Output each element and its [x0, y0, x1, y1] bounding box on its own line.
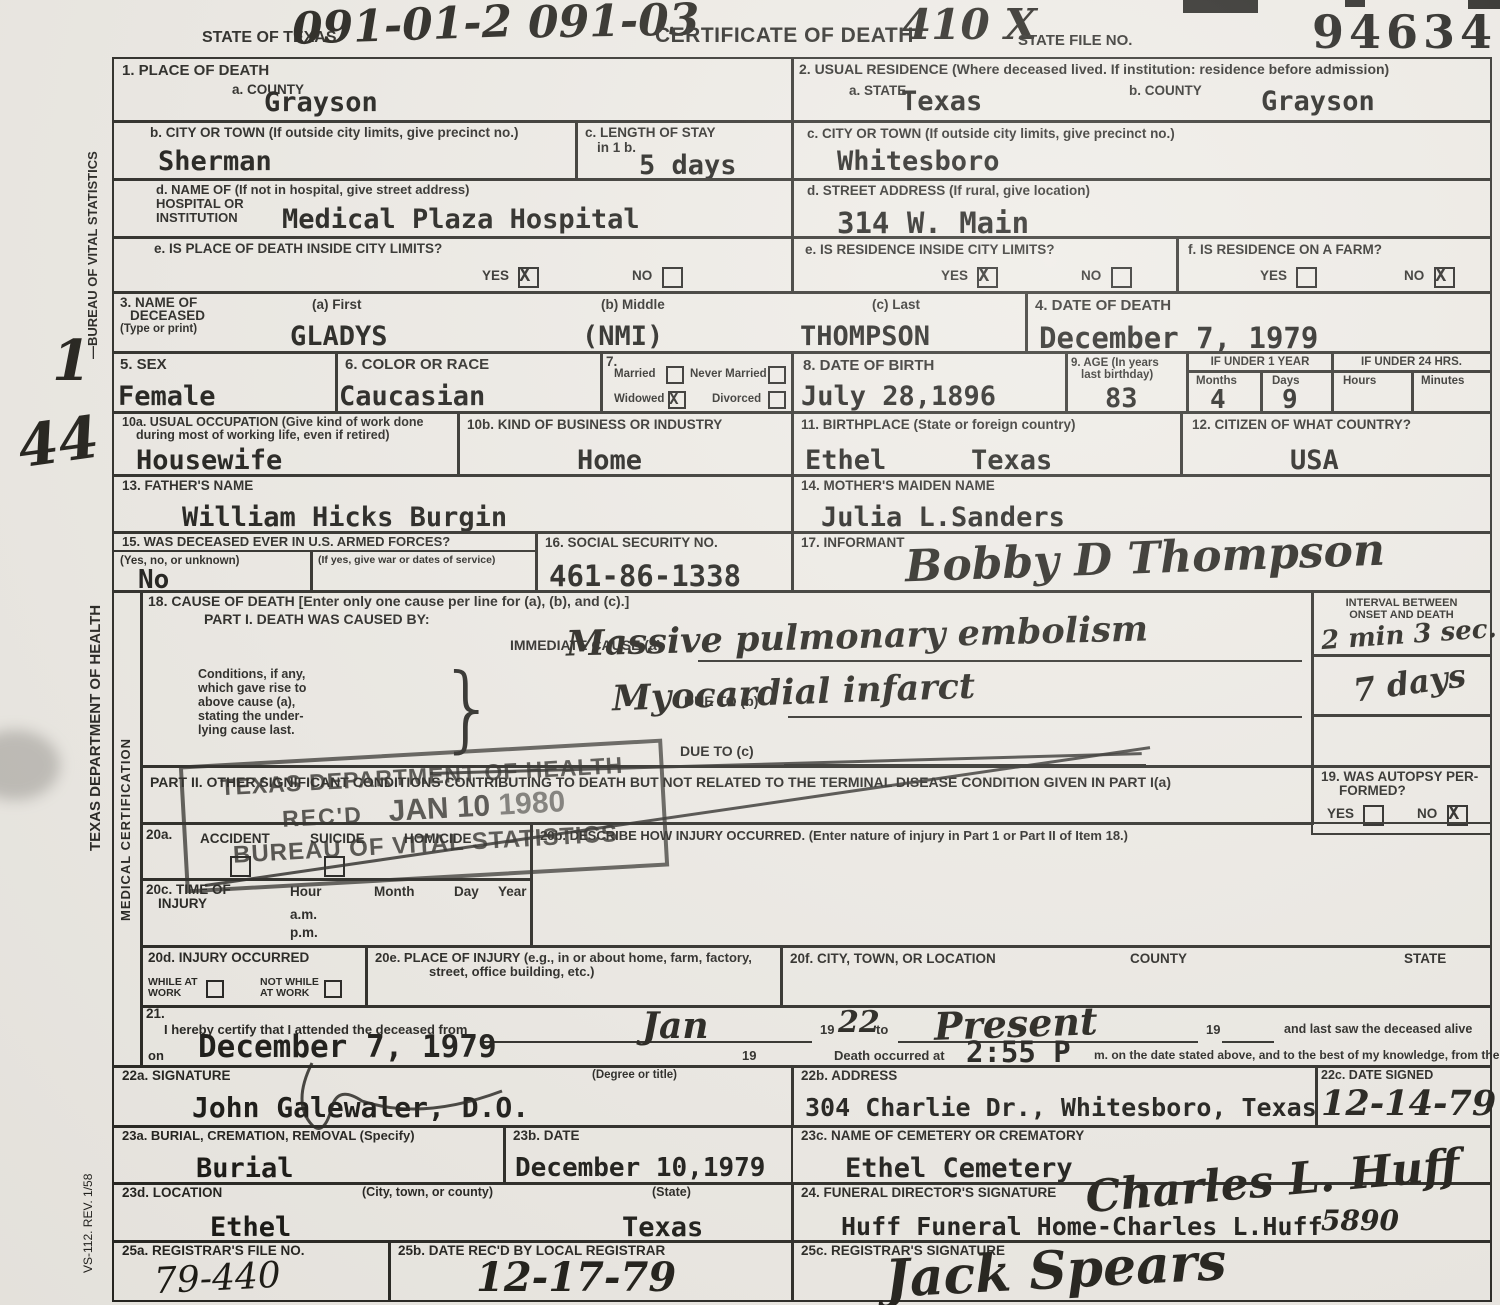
birthplace-label: 11. BIRTHPLACE (State or foreign country… — [801, 418, 1076, 432]
registrar-file-no-value: 79-440 — [153, 1255, 282, 1303]
informant-label: 17. INFORMANT — [801, 536, 905, 550]
month-label: Month — [374, 885, 414, 899]
residence-city-cell: c. CITY OR TOWN (If outside city limits,… — [791, 120, 1492, 181]
fill-line — [1222, 1015, 1274, 1043]
divider — [310, 550, 313, 592]
burial-date-value: December 10,1979 — [515, 1153, 765, 1183]
city-town-county-sublabel: (City, town, or county) — [362, 1186, 493, 1199]
year-prefix-1: 19 — [820, 1023, 834, 1037]
injury-occurred-label: 20d. INJURY OCCURRED — [148, 951, 309, 965]
scan-artifact — [1183, 0, 1258, 13]
divider — [1313, 654, 1490, 657]
hospital-cell: d. NAME OF (If not in hospital, give str… — [112, 178, 794, 239]
file-number-handwritten: 410 X — [902, 0, 1037, 49]
under-1-year-header: IF UNDER 1 YEAR — [1188, 356, 1332, 368]
married-label: Married — [614, 368, 656, 380]
mothers-maiden-name-cell: 14. MOTHER'S MAIDEN NAME Julia L.Sanders — [791, 474, 1492, 534]
item-21-number: 21. — [146, 1007, 165, 1021]
margin-handwritten-44: 44 — [14, 403, 103, 482]
place-of-death-header-cell: 1. PLACE OF DEATH a. COUNTY Grayson — [112, 57, 794, 123]
date-received-cell: 25b. DATE REC'D BY LOCAL REGISTRAR 12-17… — [388, 1240, 794, 1302]
race-label: 6. COLOR OR RACE — [345, 357, 489, 373]
injury-location-cell: 20f. CITY, TOWN, OR LOCATION COUNTY STAT… — [780, 945, 1492, 1008]
length-of-stay-value: 5 days — [639, 150, 737, 181]
injury-state-label: STATE — [1404, 952, 1446, 966]
last-name-label: (c) Last — [872, 298, 920, 312]
year-1-handwritten: 22 — [838, 1005, 880, 1040]
street-address-cell: d. STREET ADDRESS (If rural, give locati… — [791, 178, 1492, 239]
first-name-label: (a) First — [312, 298, 362, 312]
burial-date-cell: 23b. DATE December 10,1979 — [503, 1125, 793, 1185]
checkbox-mark: X — [1435, 268, 1453, 283]
fill-line — [760, 1039, 820, 1067]
citizen-label: 12. CITIZEN OF WHAT COUNTRY? — [1192, 418, 1411, 432]
certificate-number: 94634 — [1312, 5, 1497, 59]
date-of-death-cell: 4. DATE OF DEATH December 7, 1979 — [1025, 291, 1492, 354]
no-label: NO — [1417, 807, 1437, 821]
citizen-cell: 12. CITIZEN OF WHAT COUNTRY? USA — [1180, 411, 1492, 477]
date-received-value: 12-17-79 — [476, 1254, 676, 1301]
race-cell: 6. COLOR OR RACE Caucasian — [335, 351, 603, 414]
address-label: 22b. ADDRESS — [801, 1069, 897, 1083]
checkbox-mark: X — [519, 268, 537, 283]
conditions-note-5: lying cause last. — [198, 724, 295, 737]
stamp-recd: REC'D — [281, 801, 363, 831]
race-value: Caucasian — [339, 381, 485, 412]
residence-city-label: c. CITY OR TOWN (If outside city limits,… — [807, 127, 1175, 141]
burial-type-label: 23a. BURIAL, CREMATION, REMOVAL (Specify… — [122, 1129, 415, 1143]
length-of-stay-label-2: in 1 b. — [597, 141, 636, 155]
day-label: Day — [454, 885, 479, 899]
margin-form-code: VS-112. REV. 1/58 — [82, 1148, 95, 1298]
fathers-name-cell: 13. FATHER'S NAME William Hicks Burgin — [112, 474, 794, 534]
usual-residence-title: 2. USUAL RESIDENCE (Where deceased lived… — [799, 62, 1389, 77]
registrar-file-no-cell: 25a. REGISTRAR'S FILE NO. 79-440 — [112, 1240, 391, 1302]
if-under-24-hrs-cell: IF UNDER 24 HRS. Hours Minutes — [1331, 351, 1492, 414]
yes-label: YES — [482, 269, 509, 283]
residence-farm-label: f. IS RESIDENCE ON A FARM? — [1188, 243, 1382, 257]
place-of-injury-cell: 20e. PLACE OF INJURY (e.g., in or about … — [365, 945, 783, 1008]
death-city-label: b. CITY OR TOWN (If outside city limits,… — [150, 126, 519, 140]
date-of-death-label: 4. DATE OF DEATH — [1035, 298, 1171, 314]
ssn-label: 16. SOCIAL SECURITY NO. — [545, 536, 718, 550]
residence-state-label: a. STATE — [849, 84, 906, 98]
place-of-injury-label-1: 20e. PLACE OF INJURY (e.g., in or about … — [375, 951, 752, 965]
no-label: NO — [1081, 269, 1101, 283]
divorced-label: Divorced — [712, 393, 761, 405]
death-county-value: Grayson — [264, 87, 378, 118]
residence-city-limits-label: e. IS RESIDENCE INSIDE CITY LIMITS? — [805, 243, 1055, 257]
age-cell: 9. AGE (In years last birthday) 83 — [1065, 351, 1189, 414]
divider — [1313, 714, 1490, 717]
date-of-birth-cell: 8. DATE OF BIRTH July 28,1896 — [791, 351, 1068, 414]
interval-column-cell: INTERVAL BETWEEN ONSET AND DEATH 2 min 3… — [1311, 590, 1492, 768]
item-20a-number: 20a. — [146, 828, 172, 842]
first-name-value: GLADYS — [290, 321, 388, 352]
never-married-label: Never Married — [690, 368, 767, 380]
no-label: NO — [632, 269, 652, 283]
minutes-label: Minutes — [1421, 375, 1464, 387]
injury-city-label: 20f. CITY, TOWN, OR LOCATION — [790, 952, 996, 966]
date-signed-handwritten: 12-14-79 — [1321, 1083, 1496, 1124]
marital-status-cell: 7. Married Never Married Widowed X Divor… — [600, 351, 794, 414]
widowed-checkbox: X — [668, 391, 686, 409]
yes-checkbox — [1296, 267, 1317, 288]
death-city-limits-label: e. IS PLACE OF DEATH INSIDE CITY LIMITS? — [154, 242, 442, 256]
death-city-limits-cell: e. IS PLACE OF DEATH INSIDE CITY LIMITS?… — [112, 236, 794, 294]
scan-smudge — [0, 730, 60, 800]
sex-cell: 5. SEX Female — [112, 351, 338, 414]
date-of-birth-value: July 28,1896 — [801, 381, 996, 412]
time-of-injury-label-2: INJURY — [158, 897, 207, 911]
occupation-value: Housewife — [136, 445, 282, 476]
cemetery-value: Ethel Cemetery — [845, 1153, 1073, 1184]
birthplace-state-value: Texas — [971, 445, 1052, 476]
physician-signature-cell: 22a. SIGNATURE (Degree or title) John Ga… — [112, 1065, 794, 1128]
hospital-label-1: d. NAME OF (If not in hospital, give str… — [156, 183, 469, 197]
business-industry-label: 10b. KIND OF BUSINESS OR INDUSTRY — [467, 418, 722, 432]
birthplace-cell: 11. BIRTHPLACE (State or foreign country… — [791, 411, 1183, 477]
usual-residence-header-cell: 2. USUAL RESIDENCE (Where deceased lived… — [791, 57, 1492, 123]
to-text: to — [876, 1023, 888, 1037]
death-occurred-text: Death occurred at — [834, 1049, 945, 1063]
physician-address-cell: 22b. ADDRESS 304 Charlie Dr., Whitesboro… — [791, 1065, 1318, 1128]
name-title-2: DECEASED — [130, 309, 205, 323]
while-at-work-checkbox — [206, 980, 224, 998]
name-of-deceased-cell: 3. NAME OF DECEASED (Type or print) (a) … — [112, 291, 1028, 354]
signature-scrawl — [252, 1059, 512, 1131]
place-of-injury-label-2: street, office building, etc.) — [429, 965, 594, 979]
middle-name-label: (b) Middle — [601, 298, 665, 312]
burial-state-value: Texas — [622, 1212, 703, 1243]
year-label: Year — [498, 885, 527, 899]
death-city-cell: b. CITY OR TOWN (If outside city limits,… — [112, 120, 578, 181]
brace-glyph: } — [438, 654, 498, 763]
checkbox-mark: X — [669, 392, 684, 405]
autopsy-label-2: FORMED? — [1339, 784, 1406, 798]
yes-label: YES — [941, 269, 968, 283]
residence-county-value: Grayson — [1261, 86, 1375, 117]
funeral-director-number: 5890 — [1321, 1204, 1399, 1237]
signature-label: 22a. SIGNATURE — [122, 1069, 231, 1083]
interval-b-handwritten: 7 days — [1351, 656, 1468, 709]
armed-forces-label: 15. WAS DECEASED EVER IN U.S. ARMED FORC… — [122, 535, 450, 549]
sex-value: Female — [118, 381, 216, 412]
age-label-1: 9. AGE (In years — [1071, 357, 1159, 369]
margin-department-label: TEXAS DEPARTMENT OF HEALTH — [88, 540, 104, 915]
medical-certification-label: MEDICAL CERTIFICATION — [119, 592, 133, 1066]
registrar-signature-cell: 25c. REGISTRAR'S SIGNATURE Jack Spears — [791, 1240, 1492, 1302]
citizen-value: USA — [1290, 445, 1339, 476]
under-24-hrs-header: IF UNDER 24 HRS. — [1333, 356, 1490, 368]
divider — [114, 550, 536, 552]
divorced-checkbox — [768, 391, 786, 409]
stamp-year: 1980 — [498, 785, 566, 822]
street-address-label: d. STREET ADDRESS (If rural, give locati… — [807, 184, 1090, 198]
length-of-stay-cell: c. LENGTH OF STAY in 1 b. 5 days — [575, 120, 794, 181]
occupation-cell: 10a. USUAL OCCUPATION (Give kind of work… — [112, 411, 460, 477]
cause-of-death-cell: 18. CAUSE OF DEATH [Enter only one cause… — [140, 590, 1314, 768]
hospital-label-3: INSTITUTION — [156, 211, 238, 225]
conditions-note-3: above cause (a), — [198, 696, 295, 709]
burial-location-cell: 23d. LOCATION (City, town, or county) (S… — [112, 1182, 794, 1243]
conditions-note-4: stating the under- — [198, 710, 304, 723]
occupation-label-2: during most of working life, even if ret… — [136, 429, 390, 442]
burial-location-label: 23d. LOCATION — [122, 1186, 222, 1200]
never-married-checkbox — [768, 366, 786, 384]
state-sublabel: (State) — [652, 1186, 691, 1199]
armed-forces-cell: 15. WAS DECEASED EVER IN U.S. ARMED FORC… — [112, 531, 538, 593]
divider — [1411, 370, 1414, 413]
state-file-no-label: STATE FILE NO. — [1018, 33, 1132, 49]
yes-checkbox: X — [518, 267, 539, 288]
hours-label: Hours — [1343, 375, 1376, 387]
year-prefix-3: 19 — [742, 1049, 756, 1063]
describe-injury-cell: 20b. DESCRIBE HOW INJURY OCCURRED. (Ente… — [530, 822, 1492, 948]
not-while-at-work-checkbox — [324, 980, 342, 998]
am-label: a.m. — [290, 908, 317, 922]
certificate-title: CERTIFICATE OF DEATH — [655, 25, 914, 47]
birthplace-city-value: Ethel — [805, 445, 886, 476]
due-to-c-label: DUE TO (c) — [680, 744, 754, 759]
district-code-handwritten: 091-01-2 — [291, 0, 513, 55]
informant-cell: 17. INFORMANT Bobby D Thompson — [791, 531, 1492, 593]
last-name-value: THOMPSON — [800, 321, 930, 352]
not-while-at-work-label-2: AT WORK — [260, 988, 309, 999]
sex-label: 5. SEX — [120, 357, 167, 373]
divider — [1260, 370, 1263, 413]
pm-label: p.m. — [290, 926, 318, 940]
informant-signature: Bobby D Thompson — [904, 525, 1385, 593]
business-industry-value: Home — [577, 445, 642, 476]
margin-handwritten-1: 1 — [52, 328, 91, 394]
date-of-death-value: December 7, 1979 — [1039, 321, 1318, 355]
conditions-note-1: Conditions, if any, — [198, 668, 305, 681]
time-of-death-typed: 2:55 P — [966, 1035, 1071, 1069]
injury-county-label: COUNTY — [1130, 952, 1187, 966]
certification-tail-text: m. on the date stated above, and to the … — [1094, 1049, 1500, 1062]
conditions-note-2: which gave rise to — [198, 682, 306, 695]
married-checkbox — [666, 366, 684, 384]
if-under-1-year-cell: IF UNDER 1 YEAR Months 4 Days 9 — [1186, 351, 1334, 414]
degree-or-title-label: (Degree or title) — [592, 1069, 677, 1081]
burial-type-cell: 23a. BURIAL, CREMATION, REMOVAL (Specify… — [112, 1125, 506, 1185]
age-value: 83 — [1105, 383, 1138, 414]
date-of-birth-label: 8. DATE OF BIRTH — [803, 358, 934, 374]
injury-occurred-cell: 20d. INJURY OCCURRED WHILE AT WORK NOT W… — [140, 945, 368, 1008]
stamp-date: JAN 10 — [388, 789, 491, 828]
burial-city-value: Ethel — [210, 1212, 291, 1243]
burial-type-value: Burial — [196, 1153, 294, 1184]
fathers-name-label: 13. FATHER'S NAME — [122, 479, 253, 493]
ssn-value: 461-86-1338 — [549, 559, 741, 593]
residence-county-label: b. COUNTY — [1129, 84, 1202, 98]
on-text: on — [148, 1049, 164, 1063]
no-checkbox: X — [1434, 267, 1455, 288]
place-of-death-title: 1. PLACE OF DEATH — [122, 63, 269, 79]
funeral-home-typed: Huff Funeral Home-Charles L.Huff — [841, 1212, 1323, 1241]
length-of-stay-label: c. LENGTH OF STAY — [585, 126, 716, 140]
middle-name-value: (NMI) — [582, 321, 663, 352]
checkbox-mark: X — [1448, 806, 1466, 821]
widowed-label: Widowed — [614, 393, 664, 405]
received-stamp: TEXAS DEPARTMENT OF HEALTH REC'DJAN 10 1… — [179, 739, 669, 894]
funeral-director-label: 24. FUNERAL DIRECTOR'S SIGNATURE — [801, 1186, 1056, 1200]
residence-farm-cell: f. IS RESIDENCE ON A FARM? YES NO X — [1176, 236, 1492, 294]
cause-of-death-title: 18. CAUSE OF DEATH [Enter only one cause… — [148, 594, 629, 609]
name-title-3: (Type or print) — [120, 323, 197, 335]
part-1-label: PART I. DEATH WAS CAUSED BY: — [204, 612, 430, 627]
business-industry-cell: 10b. KIND OF BUSINESS OR INDUSTRY Home — [457, 411, 794, 477]
residence-city-limits-cell: e. IS RESIDENCE INSIDE CITY LIMITS? YES … — [791, 236, 1179, 294]
yes-checkbox: X — [977, 267, 998, 288]
residence-state-value: Texas — [901, 86, 982, 117]
mothers-maiden-name-label: 14. MOTHER'S MAIDEN NAME — [801, 479, 995, 493]
physician-address-value: 304 Charlie Dr., Whitesboro, Texas — [805, 1093, 1317, 1122]
mothers-maiden-name-value: Julia L.Sanders — [821, 502, 1065, 533]
hospital-label-2: HOSPITAL OR — [156, 197, 244, 211]
medical-certification-strip: MEDICAL CERTIFICATION — [112, 590, 143, 1068]
last-saw-alive-text: and last saw the deceased alive — [1284, 1023, 1472, 1036]
funeral-director-cell: 24. FUNERAL DIRECTOR'S SIGNATURE Huff Fu… — [791, 1182, 1492, 1243]
ssn-cell: 16. SOCIAL SECURITY NO. 461-86-1338 — [535, 531, 794, 593]
no-label: NO — [1404, 269, 1424, 283]
yes-label: YES — [1327, 807, 1354, 821]
death-city-value: Sherman — [158, 146, 272, 177]
year-prefix-2: 19 — [1206, 1023, 1220, 1037]
street-address-value: 314 W. Main — [837, 206, 1029, 240]
armed-forces-sub-2: (If yes, give war or dates of service) — [318, 555, 495, 566]
no-checkbox — [1111, 267, 1132, 288]
checkbox-mark: X — [978, 268, 996, 283]
date-signed-label: 22c. DATE SIGNED — [1321, 1069, 1433, 1082]
death-certificate-scan: STATE OF TEXAS 091-01-2 091-03 CERTIFICA… — [0, 0, 1500, 1305]
fathers-name-value: William Hicks Burgin — [182, 502, 507, 533]
hospital-value: Medical Plaza Hospital — [282, 204, 640, 235]
residence-city-value: Whitesboro — [837, 146, 1000, 177]
date-signed-cell: 22c. DATE SIGNED 12-14-79 — [1315, 1065, 1492, 1128]
while-at-work-label-2: WORK — [148, 988, 181, 999]
yes-label: YES — [1260, 269, 1287, 283]
cemetery-label: 23c. NAME OF CEMETERY OR CREMATORY — [801, 1129, 1084, 1143]
no-checkbox — [662, 267, 683, 288]
age-label-2: last birthday) — [1081, 369, 1153, 381]
burial-date-label: 23b. DATE — [513, 1129, 580, 1143]
interval-label-1: INTERVAL BETWEEN — [1313, 598, 1490, 610]
